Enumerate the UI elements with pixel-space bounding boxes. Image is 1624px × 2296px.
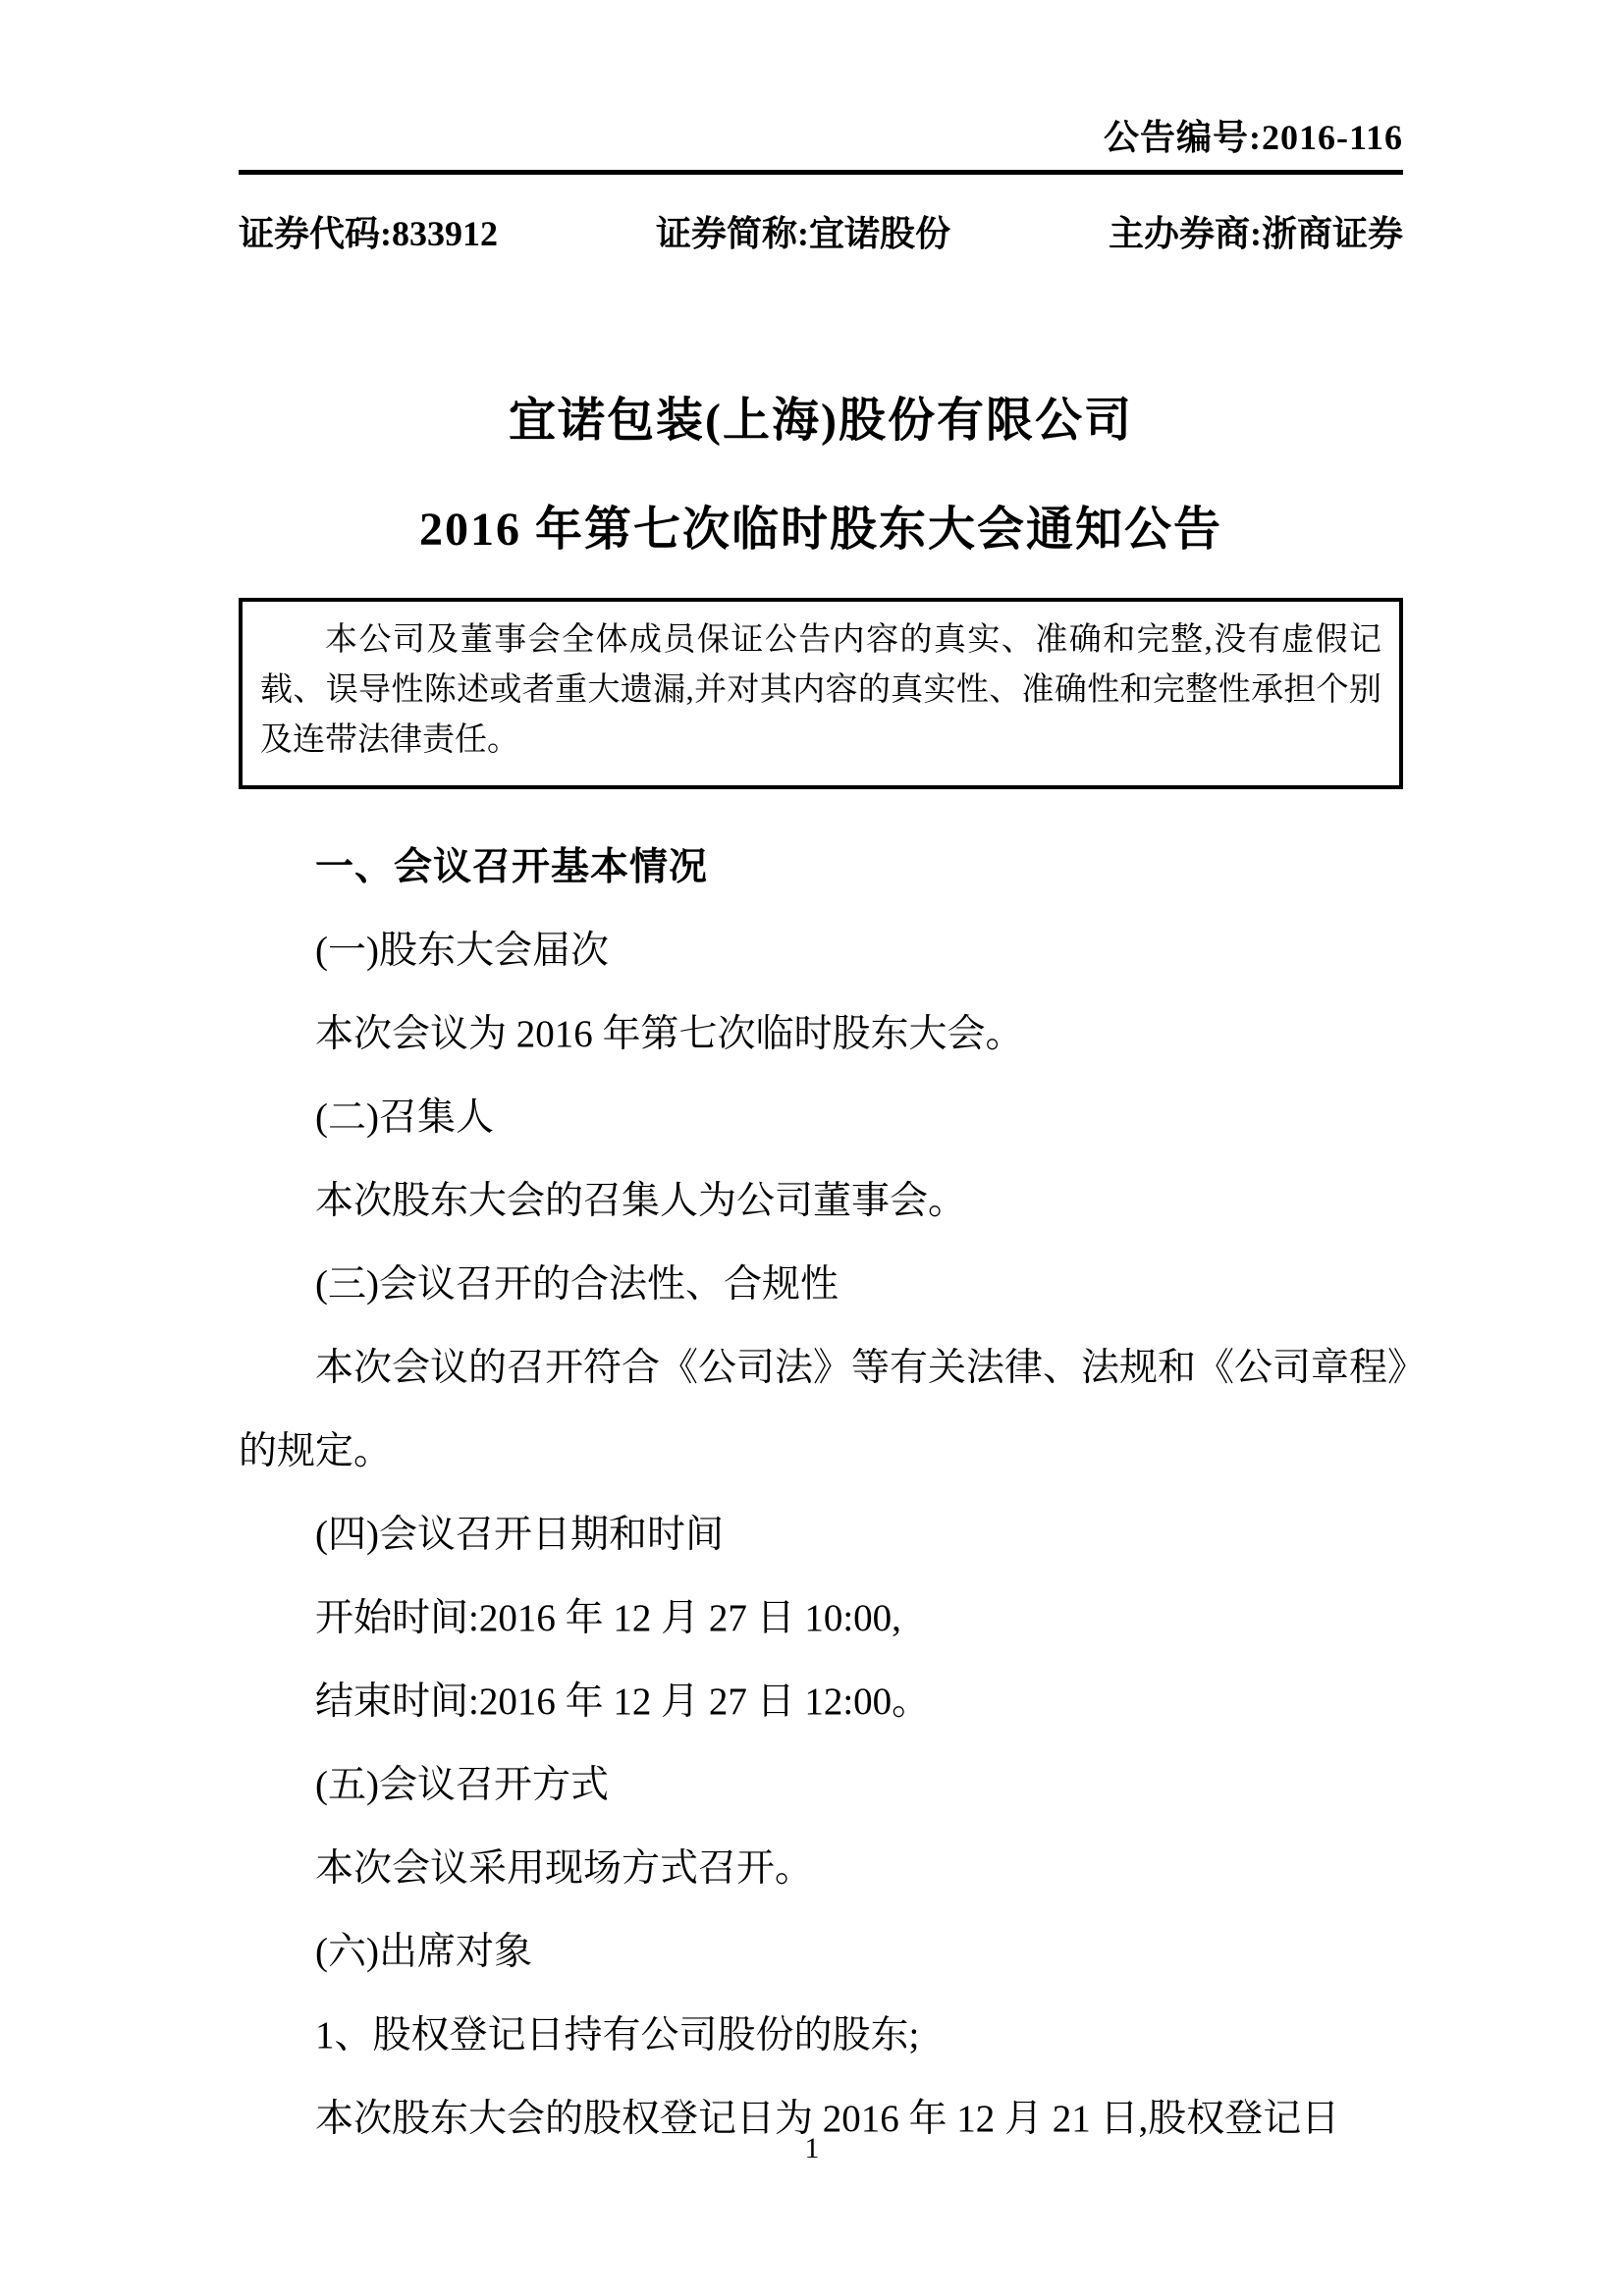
body-line: (六)出席对象 — [239, 1929, 1403, 1976]
body-line: 本次股东大会的召集人为公司董事会。 — [239, 1178, 1403, 1225]
page-number: 1 — [0, 2132, 1624, 2165]
securities-header-row: 证券代码:833912 证券简称:宜诺股份 主办券商:浙商证券 — [239, 206, 1403, 256]
disclaimer-box: 本公司及董事会全体成员保证公告内容的真实、准确和完整,没有虚假记载、误导性陈述或… — [239, 598, 1403, 789]
body-line: (二)召集人 — [239, 1095, 1403, 1142]
body-line: 本次会议为 2016 年第七次临时股东大会。 — [239, 1011, 1403, 1058]
announcement-number: 公告编号:2016-116 — [239, 0, 1403, 160]
body-line: (五)会议召开方式 — [239, 1762, 1403, 1809]
body-line: 本次会议的召开符合《公司法》等有关法律、法规和《公司章程》 — [239, 1345, 1403, 1392]
doc-title: 宜诺包装(上海)股份有限公司 — [239, 382, 1403, 450]
body-line: 1、股权登记日持有公司股份的股东; — [239, 2012, 1403, 2059]
stock-code: 证券代码:833912 — [239, 206, 498, 256]
body-line: 开始时间:2016 年 12 月 27 日 10:00, — [239, 1595, 1403, 1642]
body-line: (一)股东大会届次 — [239, 928, 1403, 975]
body-line: (三)会议召开的合法性、合规性 — [239, 1261, 1403, 1308]
body-line: 结束时间:2016 年 12 月 27 日 12:00。 — [239, 1679, 1403, 1726]
document-body: 一、会议召开基本情况 (一)股东大会届次 本次会议为 2016 年第七次临时股东… — [239, 844, 1403, 2143]
document-page: 公告编号:2016-116 证券代码:833912 证券简称:宜诺股份 主办券商… — [0, 0, 1624, 2296]
header-divider — [239, 170, 1403, 175]
section-heading: 一、会议召开基本情况 — [239, 844, 1403, 891]
doc-subtitle: 2016 年第七次临时股东大会通知公告 — [239, 491, 1403, 559]
stock-abbr: 证券简称:宜诺股份 — [656, 206, 950, 256]
body-line: 的规定。 — [239, 1428, 1403, 1475]
body-line: (四)会议召开日期和时间 — [239, 1512, 1403, 1559]
sponsor-broker: 主办券商:浙商证券 — [1109, 206, 1403, 256]
disclaimer-text: 本公司及董事会全体成员保证公告内容的真实、准确和完整,没有虚假记载、误导性陈述或… — [260, 615, 1381, 766]
body-line: 本次会议采用现场方式召开。 — [239, 1845, 1403, 1893]
document-content: 公告编号:2016-116 证券代码:833912 证券简称:宜诺股份 主办券商… — [239, 0, 1403, 2179]
